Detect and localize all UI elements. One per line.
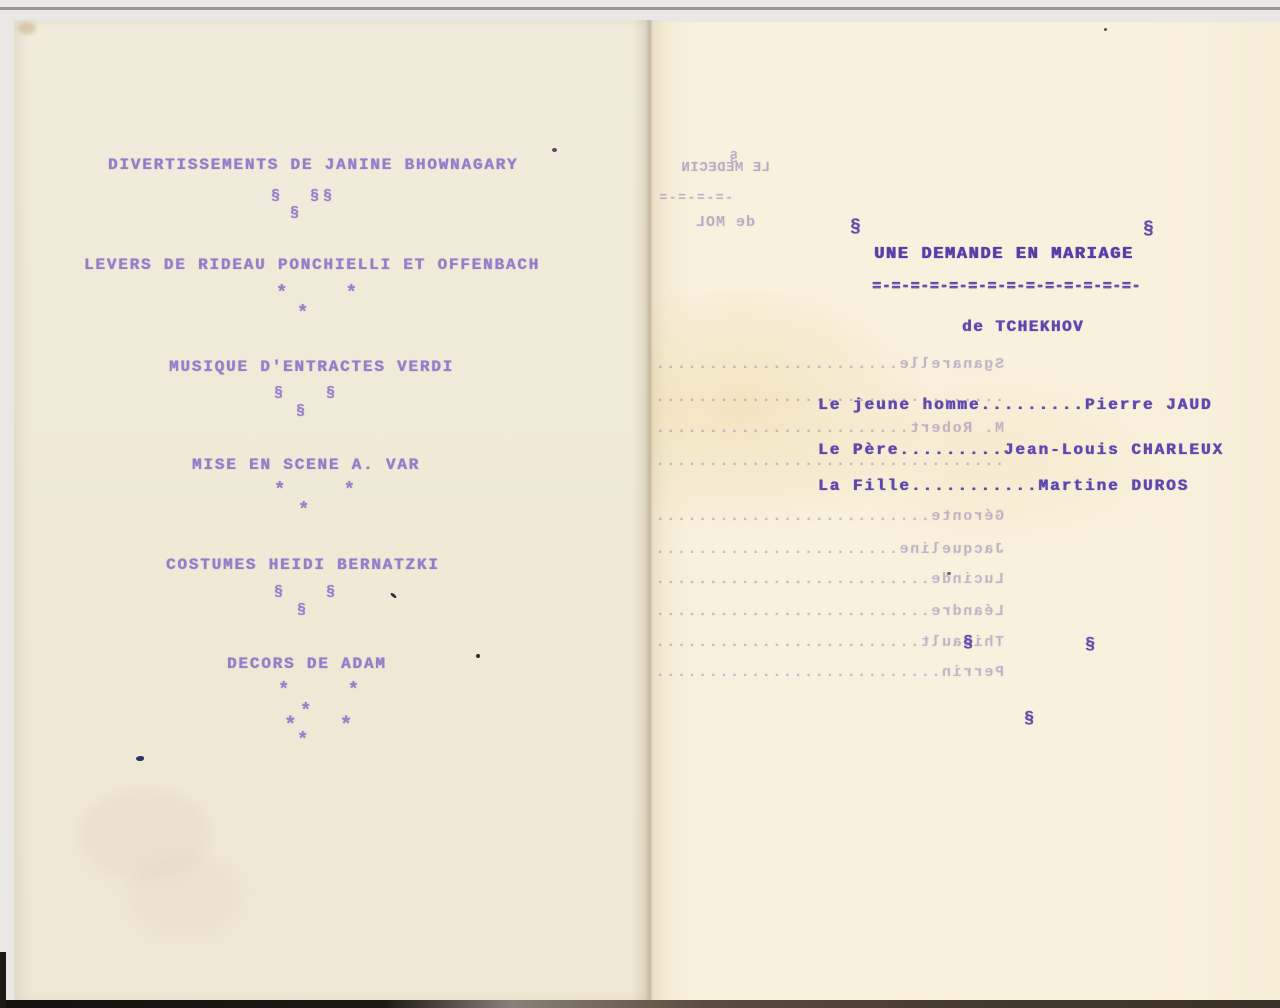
bleedthrough-cast-row: Thibault......................... (652, 634, 1004, 652)
bleedthrough-cast-row: Géronte.......................... (652, 508, 1004, 526)
bleedthrough-cast-row: Léandre.......................... (652, 603, 1004, 621)
asterisk-cluster-middle: * * (284, 719, 358, 736)
scanner-bottom-edge (0, 1000, 1280, 1008)
section-marks-ornament: § § (274, 584, 339, 602)
section-marks-ornament: § § (274, 385, 339, 403)
bleedthrough-title: LE MEDECIN (655, 160, 770, 177)
bleedthrough-cast-row: Perrin........................... (652, 664, 1004, 682)
credit-line-divertissements: DIVERTISSEMENTS DE JANINE BHOWNAGARY (108, 156, 518, 175)
play-title-underline: =-=-=-=-=-=-=-=-=-=-=-=-=-=- (872, 278, 1141, 293)
cast-line-fille: La Fille...........Martine DUROS (818, 477, 1189, 496)
cast-line-jeune-homme: Le jeune homme.........Pierre JAUD (818, 396, 1212, 415)
ink-speck (476, 654, 480, 658)
section-mark-title-right: § (1143, 220, 1158, 242)
credit-line-levers-de-rideau: LEVERS DE RIDEAU PONCHIELLI ET OFFENBACH (84, 256, 540, 275)
section-marks-ornament: § §§ (271, 188, 336, 206)
bleedthrough-cast-row: Jacqueline....................... (652, 541, 1004, 559)
bleedthrough-cast-row: Lucinde.......................... (652, 571, 1004, 589)
scanned-program-document: DIVERTISSEMENTS DE JANINE BHOWNAGARY § §… (0, 0, 1280, 1008)
ink-speck (552, 148, 557, 152)
section-mark-bottom-left: § (963, 634, 977, 654)
bleedthrough-cast-row: M. Robert........................ (652, 420, 1004, 438)
asterisk-ornament: * * (276, 286, 363, 301)
scanner-edge-line (0, 7, 1280, 10)
play-title: UNE DEMANDE EN MARIAGE (874, 245, 1134, 265)
section-mark-ornament: § (296, 403, 309, 421)
scanner-left-edge (0, 952, 6, 1008)
ink-speck (1104, 28, 1107, 31)
section-mark-bottom-right: § (1085, 636, 1099, 656)
credit-line-mise-en-scene: MISE EN SCENE A. VAR (192, 456, 420, 475)
asterisk-ornament: * (297, 306, 314, 321)
corner-smudge (18, 22, 36, 34)
section-mark-ornament: § (290, 205, 303, 223)
play-author: de TCHEKHOV (962, 318, 1084, 337)
bleedthrough-section-mark: § (718, 150, 738, 167)
ink-blot (136, 756, 144, 761)
bleedthrough-title-rule: -=-=-=-= (653, 190, 733, 206)
asterisk-ornament: * * (274, 483, 361, 498)
credit-line-decors: DECORS DE ADAM (227, 655, 387, 674)
bleedthrough-cast-row: Sganarelle....................... (652, 356, 1004, 374)
cast-line-pere: Le Père.........Jean-Louis CHARLEUX (818, 441, 1224, 460)
asterisk-ornament: * (298, 503, 315, 518)
credit-line-costumes: COSTUMES HEIDI BERNATZKI (166, 556, 440, 575)
asterisk-cluster-bottom: * (297, 733, 314, 748)
bleedthrough-author: de MOL (655, 214, 755, 232)
credit-line-musique: MUSIQUE D'ENTRACTES VERDI (169, 358, 454, 377)
section-mark-ornament: § (297, 602, 310, 620)
ink-speck (947, 572, 951, 575)
asterisk-ornament: * * (278, 683, 365, 698)
floral-bleedthrough (130, 855, 240, 935)
section-mark-bottom-center: § (1024, 710, 1038, 730)
section-mark-title-left: § (850, 218, 865, 240)
